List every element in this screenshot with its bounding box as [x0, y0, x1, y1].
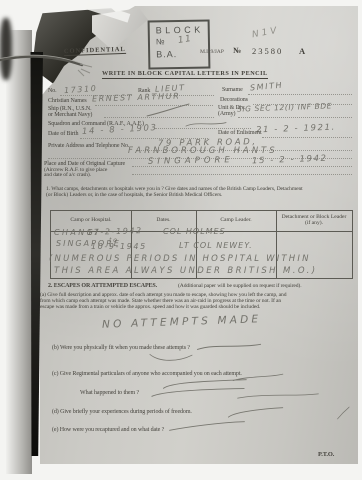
table-note-line2: THIS AREA ALWAYS UNDER BRITISH M.O.) — [54, 266, 317, 276]
field-enlistment-line — [262, 137, 352, 138]
section2-c2-text: What happened to them ? — [80, 390, 139, 396]
field-decorations-label: Decorations — [220, 97, 248, 103]
underpage-edge — [6, 30, 32, 474]
pencil-stroke — [196, 340, 262, 352]
field-birth-label: Date of Birth — [48, 131, 78, 137]
field-capture-sub2: and date of a/c crash). — [44, 172, 91, 178]
section2-a-line3: escape was made from a train or vehicle … — [40, 304, 260, 310]
section2-title: 2. ESCAPES OR ATTEMPTED ESCAPES. — [48, 283, 157, 289]
table-header-camp: Camp or Hospital. — [51, 217, 131, 223]
pencil-stroke — [185, 119, 227, 129]
table-note-line1: (NUMEROUS PERIODS IN HOSPITAL WITHIN — [49, 254, 311, 264]
ref-suffix: A — [299, 46, 305, 56]
section1-line2: (or Block) Leaders or, in the case of ho… — [46, 192, 222, 198]
field-surname-label: Surname — [222, 87, 243, 93]
pencil-stroke — [148, 386, 246, 398]
field-address-label: Private Address and Telephone No. — [48, 143, 129, 149]
block-stamp: BLOCK № 11 B.A. — [148, 19, 211, 69]
field-surname-line — [248, 94, 352, 95]
section2-e-text: (e) How were you recaptured and on what … — [52, 427, 164, 433]
field-ship-line — [104, 117, 214, 118]
table-leader2: LT COL NEWEY. — [179, 241, 253, 250]
pto-footer: P.T.O. — [318, 451, 334, 458]
field-unit-label2: (Army) — [218, 111, 235, 117]
section2-title-note: (Additional paper will be supplied on re… — [178, 283, 302, 289]
pencil-stroke — [236, 391, 320, 401]
table-date-to: 10-9-1945 — [91, 242, 147, 251]
table-header-leader: Camp Leader. — [196, 217, 276, 223]
ref-no-label: № — [233, 46, 241, 55]
field-address-value2: FARNBOROUGH HANTS — [128, 146, 278, 156]
form-instruction: WRITE IN BLOCK CAPITAL LETTERS IN PENCIL — [102, 70, 268, 79]
field-unit-line — [238, 117, 352, 118]
stamp-no-value: 11 — [177, 34, 193, 46]
field-christian-label: Christian Names — [48, 98, 87, 104]
pencil-stroke — [146, 103, 190, 117]
pencil-stroke — [226, 406, 284, 418]
table-header-detachment: Detachment or Block Leader (if any). — [281, 214, 347, 226]
ref-number: 23580 — [252, 46, 283, 56]
stamp-no-label: № — [156, 37, 165, 46]
field-no-label: No. — [48, 88, 57, 94]
section2-c-text: (c) Give Regimental particulars of anyon… — [52, 371, 242, 377]
field-enlistment-label: Date of Enlistment — [218, 130, 262, 136]
pencil-stroke — [336, 406, 350, 420]
section2-b-text: (b) Were you physically fit when you mad… — [52, 345, 190, 351]
camps-table: Camp or Hospital. Dates. Camp Leader. De… — [50, 210, 353, 279]
field-capture-place: SINGAPORE — [148, 155, 234, 166]
field-ship-label2: or Merchant Navy) — [48, 112, 92, 118]
table-header-dates: Dates. — [131, 217, 196, 223]
stamp-ba-label: B.A. — [156, 49, 177, 59]
stamp-block-label: BLOCK — [156, 25, 204, 36]
field-capture-line2 — [132, 174, 352, 175]
section2-d-text: (d) Give briefly your experiences during… — [52, 409, 192, 415]
table-leader1: COL HOLMES — [163, 227, 226, 236]
pencil-stroke — [168, 420, 246, 432]
ref-prefix: M.I. 9/JAP — [200, 49, 224, 55]
pencil-stroke — [148, 352, 194, 363]
